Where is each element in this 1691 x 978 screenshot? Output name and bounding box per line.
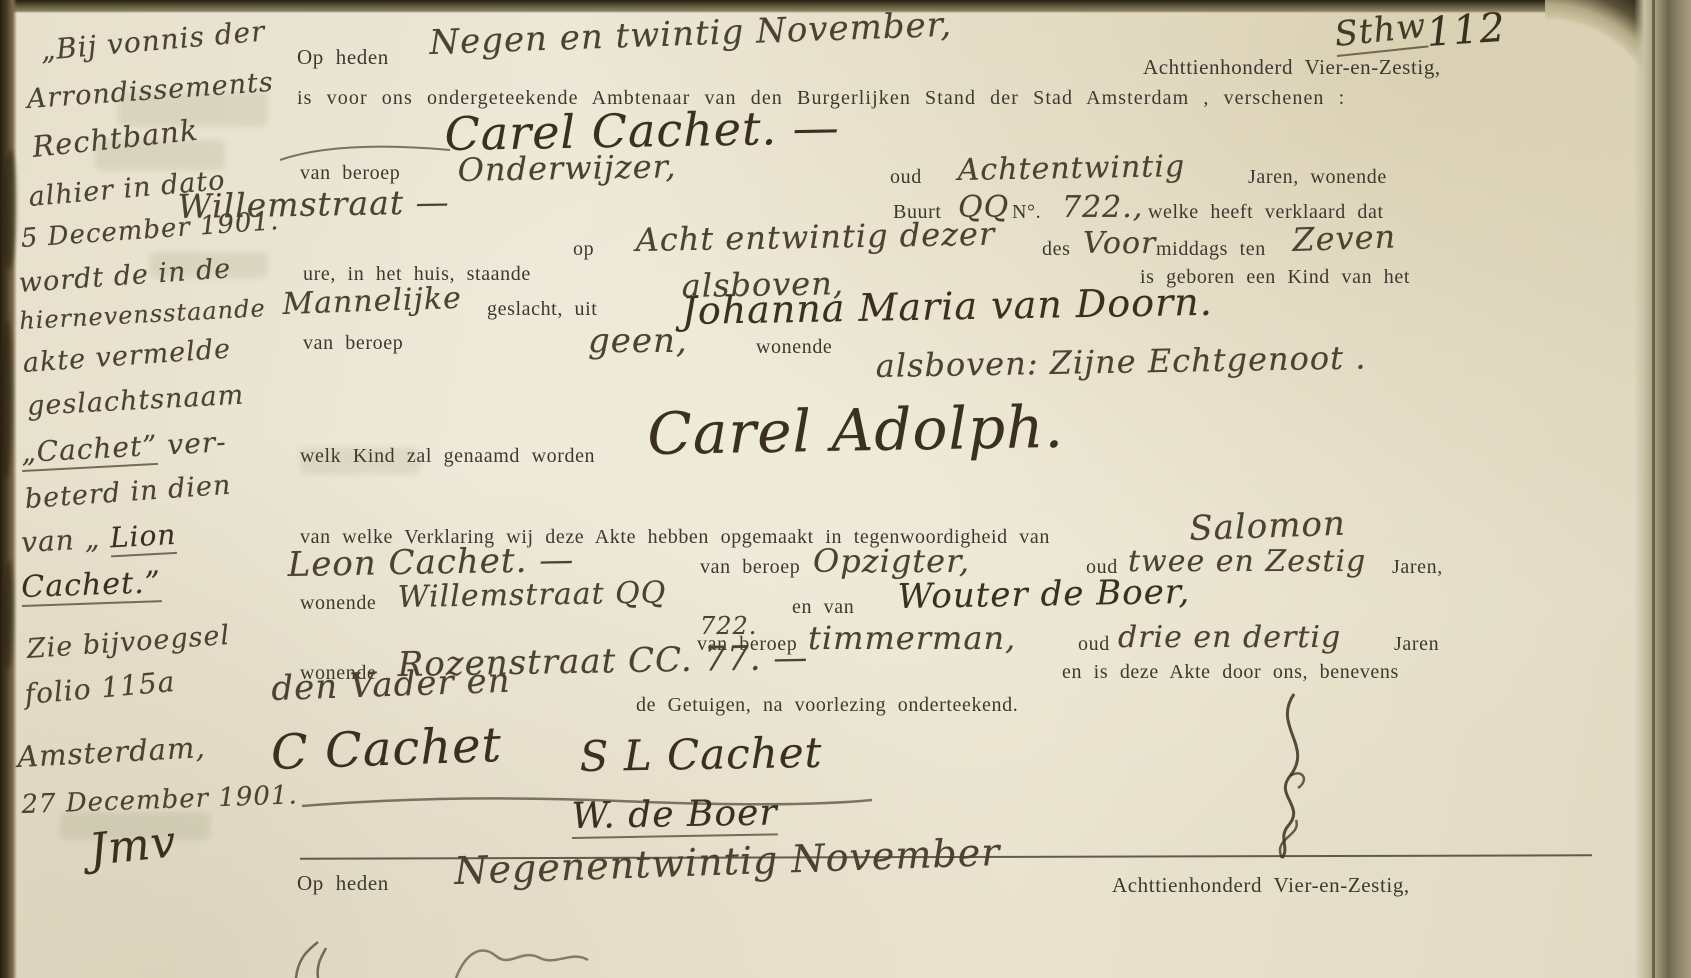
mother-name-hw: Johanna Maria van Doorn. bbox=[681, 283, 1213, 332]
des-label: des bbox=[1042, 239, 1070, 260]
declarant-occupation-hw: Onderwijzer, bbox=[457, 150, 676, 187]
margin-old-surname: „Cachet” bbox=[20, 429, 158, 472]
next-date-year: Achttienhonderd Vier-en-Zestig, bbox=[1112, 874, 1410, 896]
child-name-label: welk Kind zal genaamd worden bbox=[300, 446, 595, 467]
birth-hour-hw: Zeven bbox=[1292, 220, 1397, 257]
closing-vader-hw: den Vader en bbox=[271, 664, 511, 708]
daypart-hw: Voor bbox=[1083, 228, 1156, 260]
signature-witness1: S L Cachet bbox=[579, 731, 823, 779]
act-date-year: Achttienhonderd Vier-en-Zestig, bbox=[1143, 56, 1441, 78]
margin-note-line: wordt de in de bbox=[18, 255, 232, 298]
house-number-hw: 722., bbox=[1062, 192, 1143, 224]
margin-new-surname-part1: Lion bbox=[109, 518, 177, 557]
name-swash bbox=[278, 138, 453, 164]
margin-clerk-initials: Jmv bbox=[87, 819, 179, 874]
witness1-firstname-hw: Salomon bbox=[1189, 507, 1347, 548]
margin-note-line: beterd in dien bbox=[24, 472, 232, 515]
margin-van: van „ bbox=[20, 522, 101, 559]
page-edge-top bbox=[0, 0, 1691, 13]
en-van-label: en van bbox=[792, 597, 854, 618]
next-op-heden-label: Op heden bbox=[297, 872, 389, 894]
act-date-day-hw: Negen en twintig November, bbox=[429, 8, 953, 62]
op-heden-label: Op heden bbox=[297, 46, 389, 68]
margin-note-line: van „ Lion bbox=[20, 520, 177, 557]
act-number: 112 bbox=[1425, 7, 1507, 54]
mother-occupation-hw: geen, bbox=[588, 324, 688, 360]
signature-father: C Cachet bbox=[270, 720, 502, 778]
cutoff-stroke bbox=[288, 938, 328, 978]
book-edge-right bbox=[1634, 0, 1691, 978]
page-edge-left bbox=[0, 0, 17, 978]
witness1-occupation-hw: Opzigter, bbox=[813, 545, 970, 579]
closing-line-b: de Getuigen, na voorlezing onderteekend. bbox=[636, 695, 1018, 716]
oud-label: oud bbox=[1078, 634, 1110, 655]
declarant-age-hw: Achtentwintig bbox=[957, 151, 1185, 186]
margin-note-line: „Bij vonnis der bbox=[39, 16, 266, 65]
jaren-label: Jaren, bbox=[1392, 557, 1443, 578]
witness2-age-hw: drie en dertig bbox=[1118, 622, 1341, 654]
number-label: N°. bbox=[1012, 202, 1041, 223]
geslacht-uit-label: geslacht, uit bbox=[487, 299, 597, 320]
van-beroep-label: van beroep bbox=[700, 557, 800, 578]
margin-place-date: 27 December 1901. bbox=[21, 782, 298, 819]
jaren-wonende-label: Jaren, wonende bbox=[1248, 167, 1387, 188]
birth-day-hw: Acht entwintig dezer bbox=[635, 218, 995, 258]
witness1-street-hw: Willemstraat QQ bbox=[397, 577, 666, 613]
child-sex-hw: Mannelijke bbox=[282, 283, 462, 321]
margin-note-line: folio 115a bbox=[23, 667, 176, 709]
wonende-label: wonende bbox=[300, 593, 376, 614]
op-label: op bbox=[573, 239, 594, 260]
witness2-occupation-hw: timmerman, bbox=[808, 622, 1016, 656]
margin-note-line: geslachtsnaam bbox=[27, 382, 245, 422]
mother-residence-hw: alsboven: Zijne Echtgenoot . bbox=[875, 341, 1366, 383]
van-beroep-label: van beroep bbox=[303, 333, 403, 354]
wonende-label: wonende bbox=[756, 337, 832, 358]
registrar-paraph-flourish bbox=[1232, 688, 1342, 863]
margin-note-line: Zie bijvoegsel bbox=[26, 622, 231, 664]
book-edge-right-line bbox=[1652, 0, 1655, 978]
margin-note-line: „Cachet” ver- bbox=[20, 427, 227, 467]
margin-new-surname-part2: Cachet.” bbox=[21, 567, 162, 606]
signature-witness2: W. de Boer bbox=[571, 794, 778, 838]
margin-note-line: akte vermelde bbox=[22, 336, 232, 379]
margin-ver: ver- bbox=[167, 425, 228, 461]
witness2-name-hw: Wouter de Boer, bbox=[897, 575, 1190, 616]
closing-line-a: en is deze Akte door ons, benevens bbox=[1062, 662, 1399, 683]
civil-registry-scan-page: Sthw 112 „Bij vonnis der Arrondissements… bbox=[0, 0, 1691, 978]
next-date-day-hw: Negenentwintig November bbox=[454, 833, 1001, 892]
margin-note-line: hiernevensstaande bbox=[19, 296, 267, 334]
folio-clerk-mark: Sthw bbox=[1333, 9, 1429, 57]
child-name-hw: Carel Adolph. bbox=[647, 397, 1064, 465]
margin-place-date: Amsterdam, bbox=[16, 732, 206, 772]
cutoff-stroke bbox=[452, 930, 592, 978]
oud-label: oud bbox=[890, 167, 922, 188]
van-beroep-label: van beroep bbox=[300, 163, 400, 184]
middags-ten-label: middags ten bbox=[1156, 239, 1266, 260]
declarant-street-hw: Willemstraat — bbox=[177, 185, 449, 224]
jaren-label: Jaren bbox=[1394, 634, 1439, 655]
